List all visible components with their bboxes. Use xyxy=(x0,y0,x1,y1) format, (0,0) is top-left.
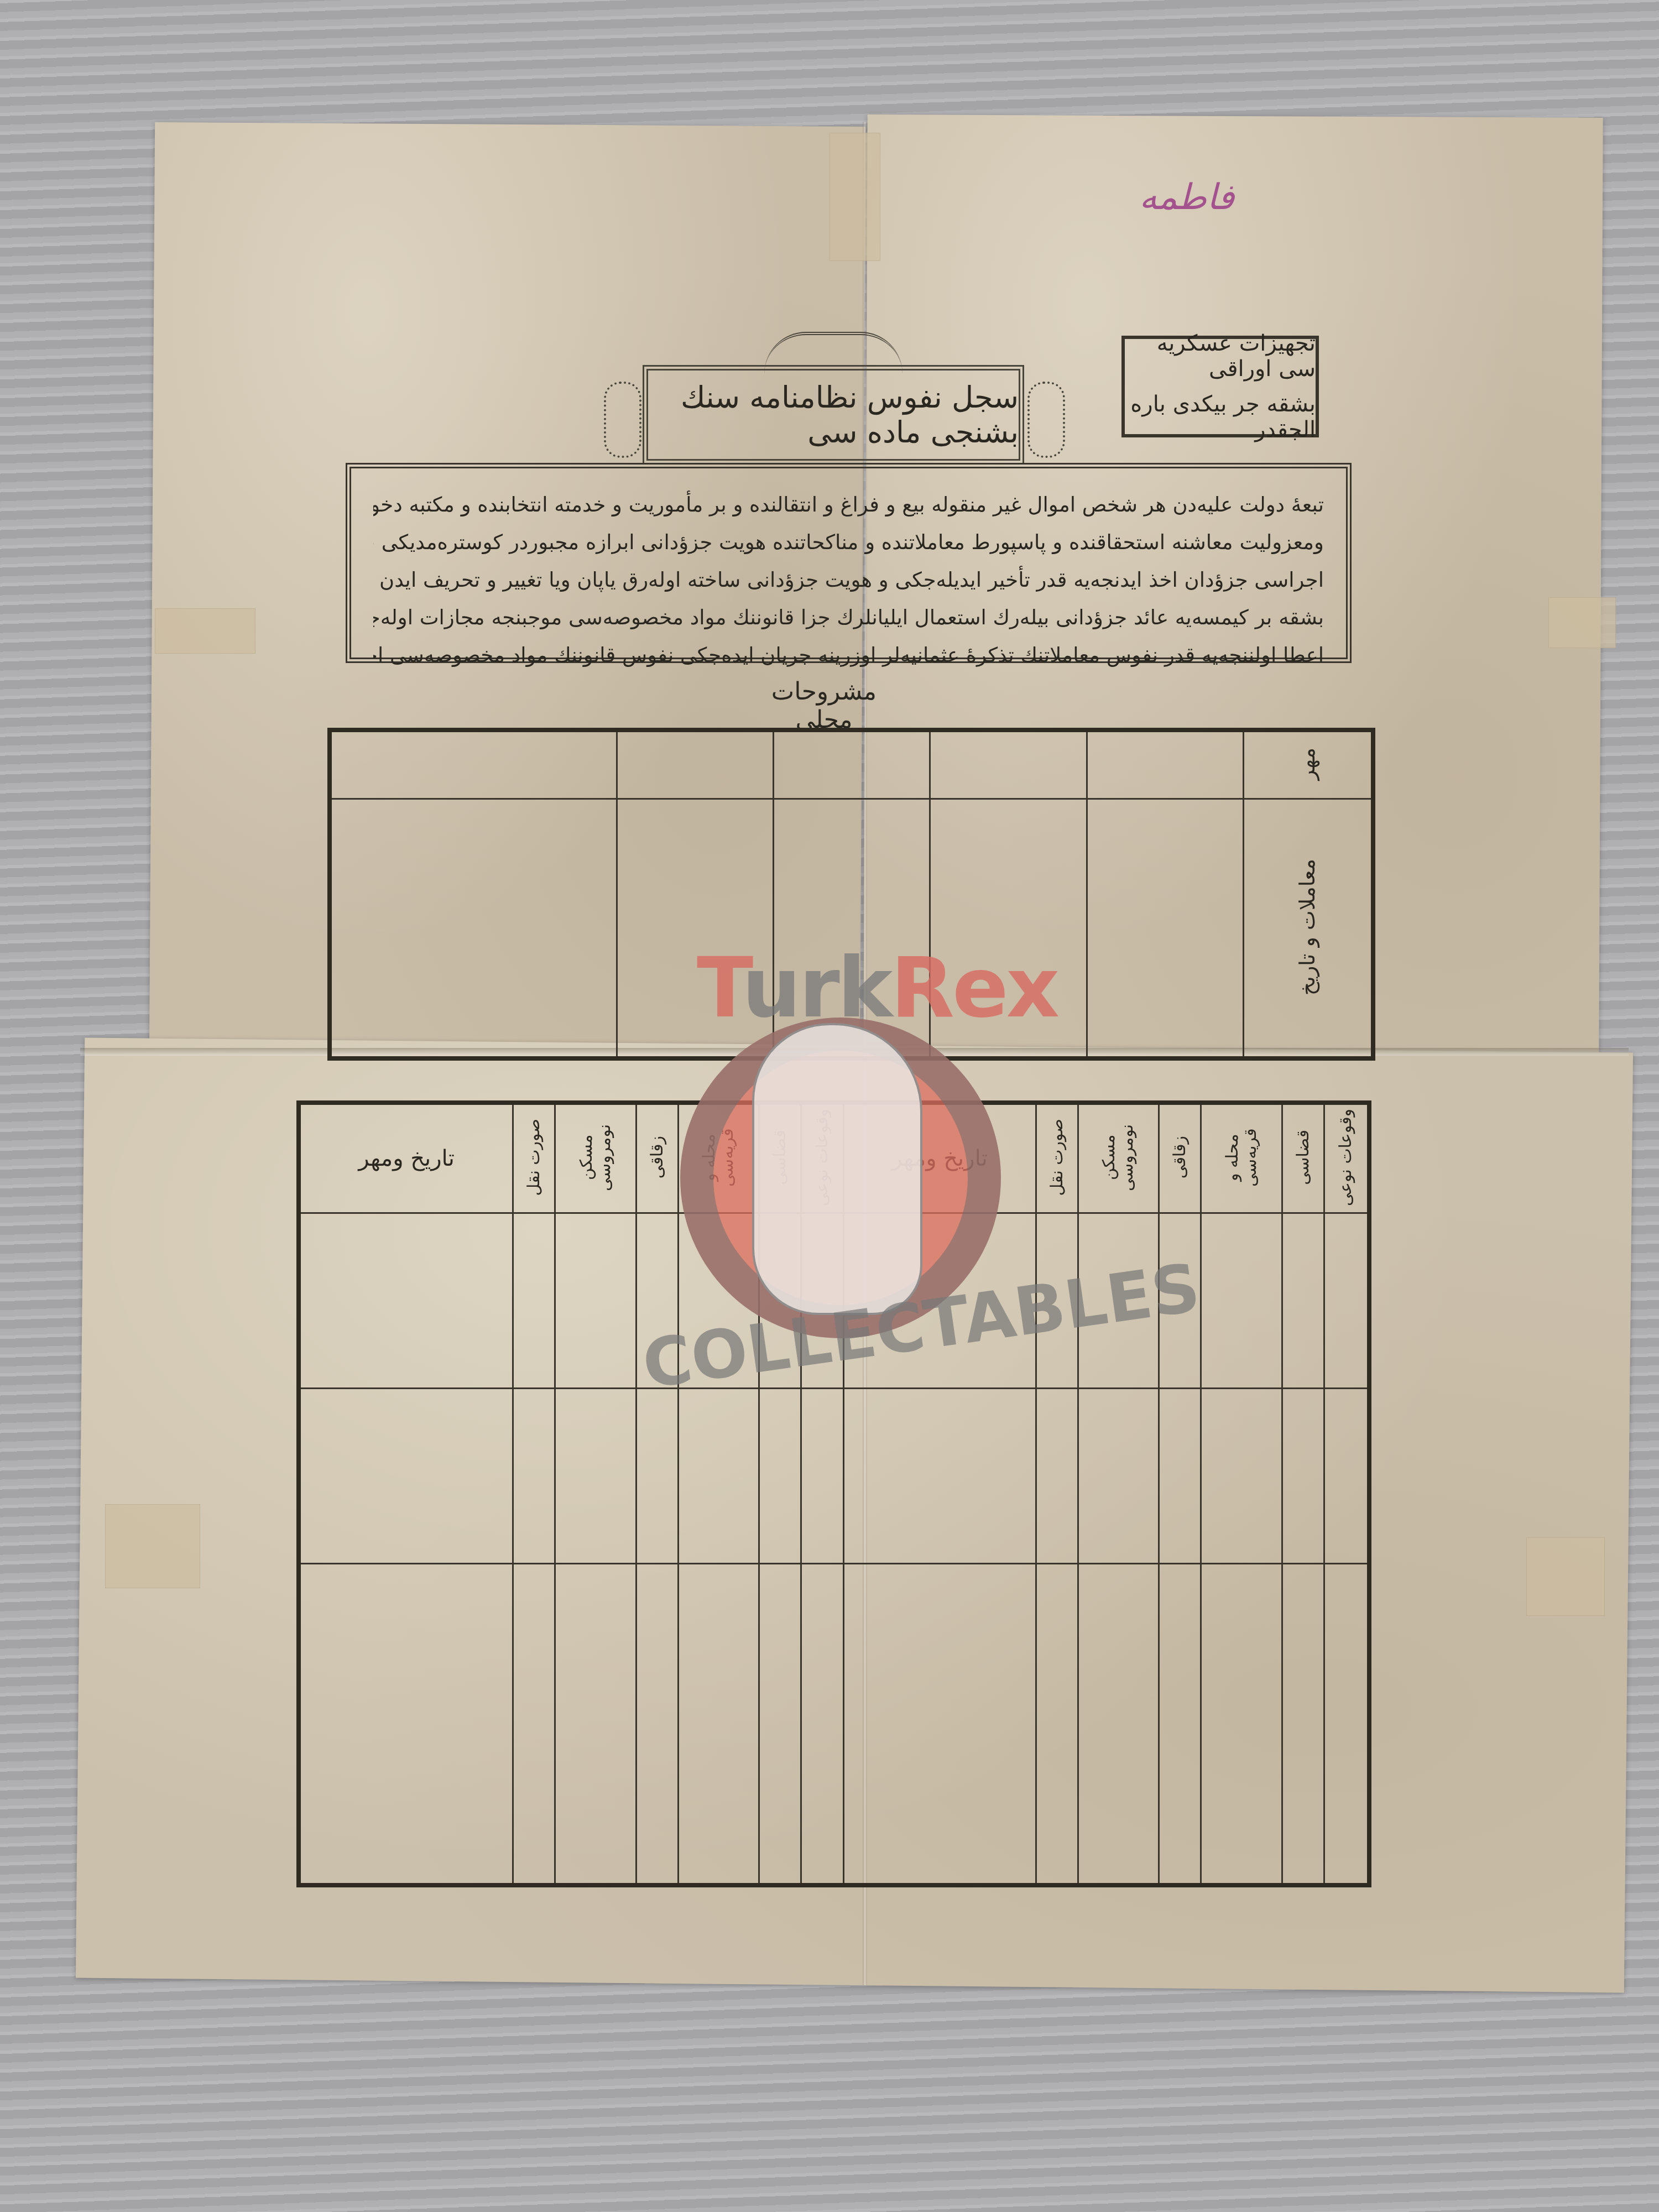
column-header: تاریخ ومهر xyxy=(299,1103,513,1213)
paragraph-line: بشقه بر کیمسه‌یه عائد جزؤدانی بیله‌رك اس… xyxy=(373,599,1324,637)
local-notes-table: مهر معاملات و تاریخ xyxy=(327,728,1375,1061)
table-cell xyxy=(678,1389,759,1564)
table-cell xyxy=(636,1389,678,1564)
title-frame: سجل نفوس نظامنامه سنك بشنجی ماده سی xyxy=(643,365,1024,465)
tape-strip xyxy=(1526,1537,1605,1616)
header-residence-number: مسکن نومروسی xyxy=(577,1105,614,1210)
local-notes-heading: مشروحات محلی xyxy=(763,677,885,734)
table-cell xyxy=(678,1564,759,1885)
table-cell xyxy=(1087,730,1243,799)
column-header: محله و قریه‌سی xyxy=(678,1103,759,1213)
table-cell xyxy=(299,1564,513,1885)
header-residence-number: مسکن نومروسی xyxy=(1100,1105,1136,1210)
table-row xyxy=(299,1564,1369,1885)
table-cell xyxy=(1036,1389,1078,1564)
table-cell xyxy=(1078,1564,1159,1885)
column-header: مسکن نومروسی xyxy=(555,1103,636,1213)
header-event-type: وقوعات نوعی xyxy=(813,1109,831,1206)
column-header: مسکن نومروسی xyxy=(1078,1103,1159,1213)
table-cell xyxy=(299,1213,513,1389)
header-street: زقاقی xyxy=(648,1136,666,1178)
table-cell xyxy=(299,1389,513,1564)
table-cell xyxy=(1078,1389,1159,1564)
table-cell xyxy=(759,1389,801,1564)
table-cell xyxy=(843,1389,1036,1564)
table-cell xyxy=(1036,1564,1078,1885)
row-label-cell: مهر xyxy=(1244,730,1374,799)
table-cell xyxy=(1324,1389,1369,1564)
table-header-row: تاریخ ومهر صورت نقل مسکن نومروسی زقاقی م… xyxy=(299,1103,1369,1213)
table-cell xyxy=(843,1564,1036,1885)
regulation-paragraph: تبعهٔ دولت علیه‌دن هر شخص اموال غیر منقو… xyxy=(346,463,1352,663)
document-title: سجل نفوس نظامنامه سنك بشنجی ماده سی xyxy=(648,380,1019,450)
table-cell xyxy=(1159,1213,1201,1389)
tape-strip xyxy=(105,1504,200,1588)
table-cell xyxy=(636,1213,678,1389)
handwritten-name: فاطمه xyxy=(1139,177,1234,218)
table-cell xyxy=(513,1564,555,1885)
ornament-right-icon xyxy=(1027,382,1065,458)
table-cell xyxy=(1201,1389,1282,1564)
header-date-seal: تاریخ ومهر xyxy=(358,1146,455,1171)
header-district: قضاسی xyxy=(771,1130,789,1185)
table-cell xyxy=(1078,1213,1159,1389)
table-cell xyxy=(801,1564,843,1885)
table-cell xyxy=(330,730,617,799)
header-notice-box: تجهیزات عسکریه سی اوراقی بشقه جر بیکدی ب… xyxy=(1121,336,1319,437)
header-transfer-form: صورت نقل xyxy=(525,1119,543,1196)
title-cartouche: سجل نفوس نظامنامه سنك بشنجی ماده سی xyxy=(604,332,1065,466)
paragraph-line: ومعزولیت معاشنه استحقاقنده و پاسپورط معا… xyxy=(373,524,1324,561)
table-cell xyxy=(1324,1564,1369,1885)
table-cell xyxy=(774,730,930,799)
table-cell xyxy=(1087,799,1243,1058)
column-header: وقوعات نوعی xyxy=(1324,1103,1369,1213)
row-label-transactions-date: معاملات و تاریخ xyxy=(1296,859,1319,995)
table-cell xyxy=(636,1564,678,1885)
column-header: قضاسی xyxy=(759,1103,801,1213)
header-district: قضاسی xyxy=(1294,1130,1312,1185)
table-row xyxy=(299,1389,1369,1564)
tape-strip xyxy=(1548,597,1616,648)
table-cell xyxy=(801,1213,843,1389)
table-cell xyxy=(1201,1213,1282,1389)
column-header: وقوعات نوعی xyxy=(801,1103,843,1213)
ornament-left-icon xyxy=(604,382,641,458)
column-header: قضاسی xyxy=(1282,1103,1324,1213)
table-cell xyxy=(330,799,617,1058)
table-row: معاملات و تاریخ xyxy=(330,799,1373,1058)
row-label-cell: معاملات و تاریخ xyxy=(1244,799,1374,1058)
column-header: تاریخ ومهر xyxy=(843,1103,1036,1213)
column-header: زقاقی xyxy=(1159,1103,1201,1213)
table-cell xyxy=(759,1213,801,1389)
table-cell xyxy=(513,1213,555,1389)
row-label-seal: مهر xyxy=(1296,748,1319,780)
header-event-type: وقوعات نوعی xyxy=(1337,1109,1355,1206)
column-header: محله و قریه‌سی xyxy=(1201,1103,1282,1213)
tape-strip xyxy=(155,608,255,654)
table-cell xyxy=(1282,1213,1324,1389)
table-cell xyxy=(843,1213,1036,1389)
column-header: زقاقی xyxy=(636,1103,678,1213)
table-cell xyxy=(555,1389,636,1564)
paragraph-line: اجراسی جزؤدان اخذ ایدنجه‌یه قدر تأخیر ای… xyxy=(373,561,1324,599)
header-street: زقاقی xyxy=(1171,1136,1189,1178)
table-cell xyxy=(617,730,773,799)
header-notice-line-1: تجهیزات عسکریه سی اوراقی xyxy=(1125,331,1316,382)
table-cell xyxy=(555,1564,636,1885)
column-header: صورت نقل xyxy=(513,1103,555,1213)
table-cell xyxy=(513,1389,555,1564)
table-row: مهر xyxy=(330,730,1373,799)
table-cell xyxy=(1036,1213,1078,1389)
table-cell xyxy=(1159,1564,1201,1885)
table-cell xyxy=(774,799,930,1058)
table-cell xyxy=(555,1213,636,1389)
table-cell xyxy=(1159,1389,1201,1564)
table-cell xyxy=(1201,1564,1282,1885)
column-header: صورت نقل xyxy=(1036,1103,1078,1213)
header-date-seal: تاریخ ومهر xyxy=(891,1146,988,1171)
table-cell xyxy=(1282,1389,1324,1564)
header-quarter-village: محله و قریه‌سی xyxy=(700,1105,737,1210)
header-transfer-form: صورت نقل xyxy=(1048,1119,1066,1196)
table-row xyxy=(299,1213,1369,1389)
records-table: تاریخ ومهر صورت نقل مسکن نومروسی زقاقی م… xyxy=(296,1100,1371,1887)
table-cell xyxy=(617,799,773,1058)
paragraph-line: اعطا اولننجه‌یه قدر نفوس معاملاتنك تذکره… xyxy=(373,637,1324,674)
header-quarter-village: محله و قریه‌سی xyxy=(1223,1105,1260,1210)
table-cell xyxy=(930,730,1087,799)
table-cell xyxy=(801,1389,843,1564)
table-cell xyxy=(678,1213,759,1389)
table-cell xyxy=(1282,1564,1324,1885)
table-cell xyxy=(1324,1213,1369,1389)
table-cell xyxy=(759,1564,801,1885)
tape-strip xyxy=(830,133,880,261)
header-notice-line-2: بشقه جر بیکدی باره الجقدر xyxy=(1125,392,1316,442)
table-cell xyxy=(930,799,1087,1058)
paragraph-line: تبعهٔ دولت علیه‌دن هر شخص اموال غیر منقو… xyxy=(373,486,1324,524)
